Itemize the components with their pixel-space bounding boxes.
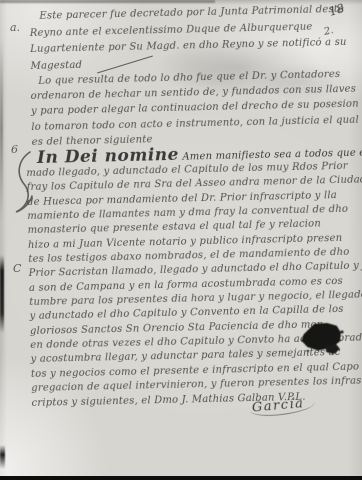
margin-mark-c: C	[13, 262, 21, 275]
manuscript-page: 18 2. a. 6 C Este parecer fue decretado …	[0, 0, 362, 480]
binding-edge-shadow	[0, 40, 3, 220]
opening-paragraph: Este parecer fue decretado por la Junta …	[29, 2, 347, 75]
resolution-paragraph: Lo que resulta de todo lo dho fue que el…	[30, 67, 359, 150]
margin-mark-a: a.	[10, 21, 20, 34]
act-paragraph: mado llegado, y adunctado el Capitulo de…	[26, 159, 362, 411]
page-top-edge-shadow	[0, 0, 215, 3]
scan-bottom-border	[0, 476, 362, 480]
binding-edge-dark-mark	[0, 255, 4, 333]
binding-edge-bottom-mark	[0, 445, 5, 469]
ink-blot	[296, 318, 348, 362]
